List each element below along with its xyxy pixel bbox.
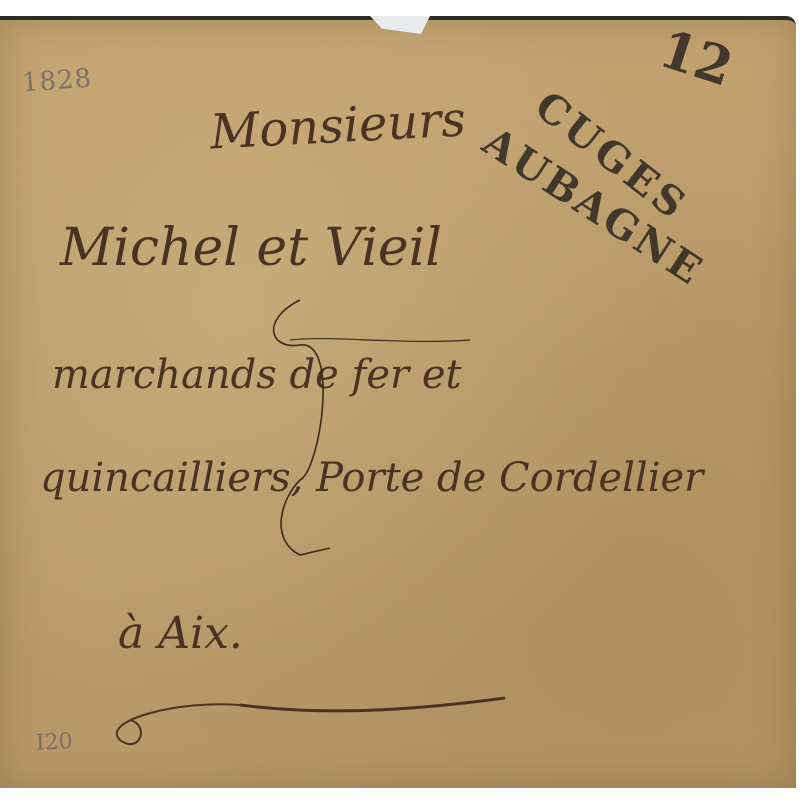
pencil-reference-note: I20 (35, 729, 73, 756)
address-recipient: Michel et Vieil (60, 218, 442, 278)
address-destination: à Aix. (118, 608, 243, 659)
address-occupation: marchands de fer et (52, 352, 462, 398)
pencil-year-note: 1828 (21, 64, 93, 99)
address-occupation-continued: quincailliers, Porte de Cordellier (40, 455, 703, 501)
